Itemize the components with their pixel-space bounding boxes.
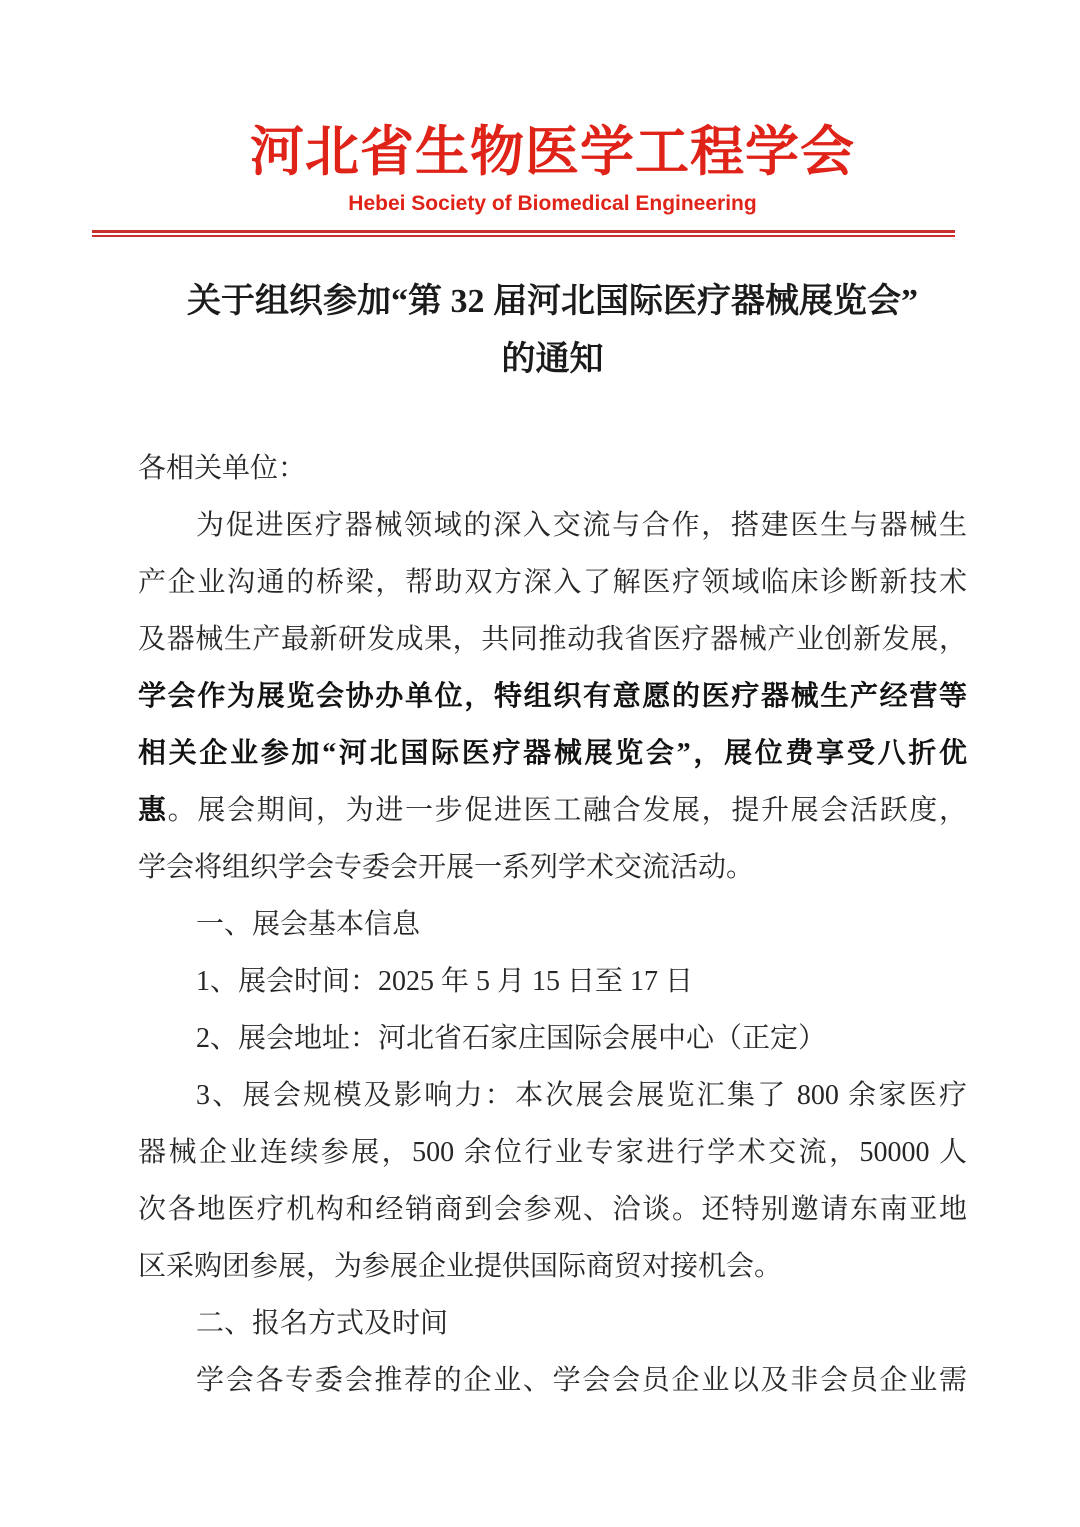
salutation-line: 各相关单位： <box>138 440 967 497</box>
intro-line-1: 为促进医疗器械领域的深入交流与合作，搭建医生与器械生 <box>138 497 967 554</box>
intro-line-7: 学会将组织学会专委会开展一系列学术交流活动。 <box>138 839 967 896</box>
notice-body: 各相关单位： 为促进医疗器械领域的深入交流与合作，搭建医生与器械生 产企业沟通的… <box>138 440 967 1409</box>
notice-title: 关于组织参加“第 32 届河北国际医疗器械展览会” 的通知 <box>138 273 967 389</box>
signup-line-1: 学会各专委会推荐的企业、学会会员企业以及非会员企业需 <box>138 1352 967 1409</box>
item2-exhibition-address: 2、展会地址：河北省石家庄国际会展中心（正定） <box>138 1010 967 1067</box>
section1-heading: 一、展会基本信息 <box>138 896 967 953</box>
intro-line-6-regular-segment: 。展会期间，为进一步促进医工融合发展，提升展会活跃度， <box>168 795 967 826</box>
notice-title-line1: 关于组织参加“第 32 届河北国际医疗器械展览会” <box>138 273 967 331</box>
intro-line-6: 惠。展会期间，为进一步促进医工融合发展，提升展会活跃度， <box>138 782 967 839</box>
org-name-cn: 河北省生物医学工程学会 <box>0 124 1080 180</box>
intro-line-2: 产企业沟通的桥梁，帮助双方深入了解医疗领域临床诊断新技术 <box>138 554 967 611</box>
org-name-en: Hebei Society of Biomedical Engineering <box>0 190 1080 218</box>
intro-line-3: 及器械生产最新研发成果，共同推动我省医疗器械产业创新发展， <box>138 611 967 668</box>
intro-line-6-bold-segment: 惠 <box>138 795 168 826</box>
item3-line-1: 3、展会规模及影响力：本次展会展览汇集了 800 余家医疗 <box>138 1067 967 1124</box>
notice-title-line2: 的通知 <box>138 331 967 389</box>
item3-line-3: 次各地医疗机构和经销商到会参观、洽谈。还特别邀请东南亚地 <box>138 1181 967 1238</box>
item1-exhibition-time: 1、展会时间：2025 年 5 月 15 日至 17 日 <box>138 953 967 1010</box>
notice-document: 河北省生物医学工程学会 Hebei Society of Biomedical … <box>0 0 1080 1527</box>
item3-line-4: 区采购团参展，为参展企业提供国际商贸对接机会。 <box>138 1238 967 1295</box>
intro-line-5-bold: 相关企业参加“河北国际医疗器械展览会”，展位费享受八折优 <box>138 725 967 782</box>
item3-line-2: 器械企业连续参展，500 余位行业专家进行学术交流，50000 人 <box>138 1124 967 1181</box>
letterhead-divider <box>92 230 955 237</box>
letterhead: 河北省生物医学工程学会 Hebei Society of Biomedical … <box>0 0 1080 237</box>
intro-line-4-bold: 学会作为展览会协办单位，特组织有意愿的医疗器械生产经营等 <box>138 668 967 725</box>
section2-heading: 二、报名方式及时间 <box>138 1295 967 1352</box>
